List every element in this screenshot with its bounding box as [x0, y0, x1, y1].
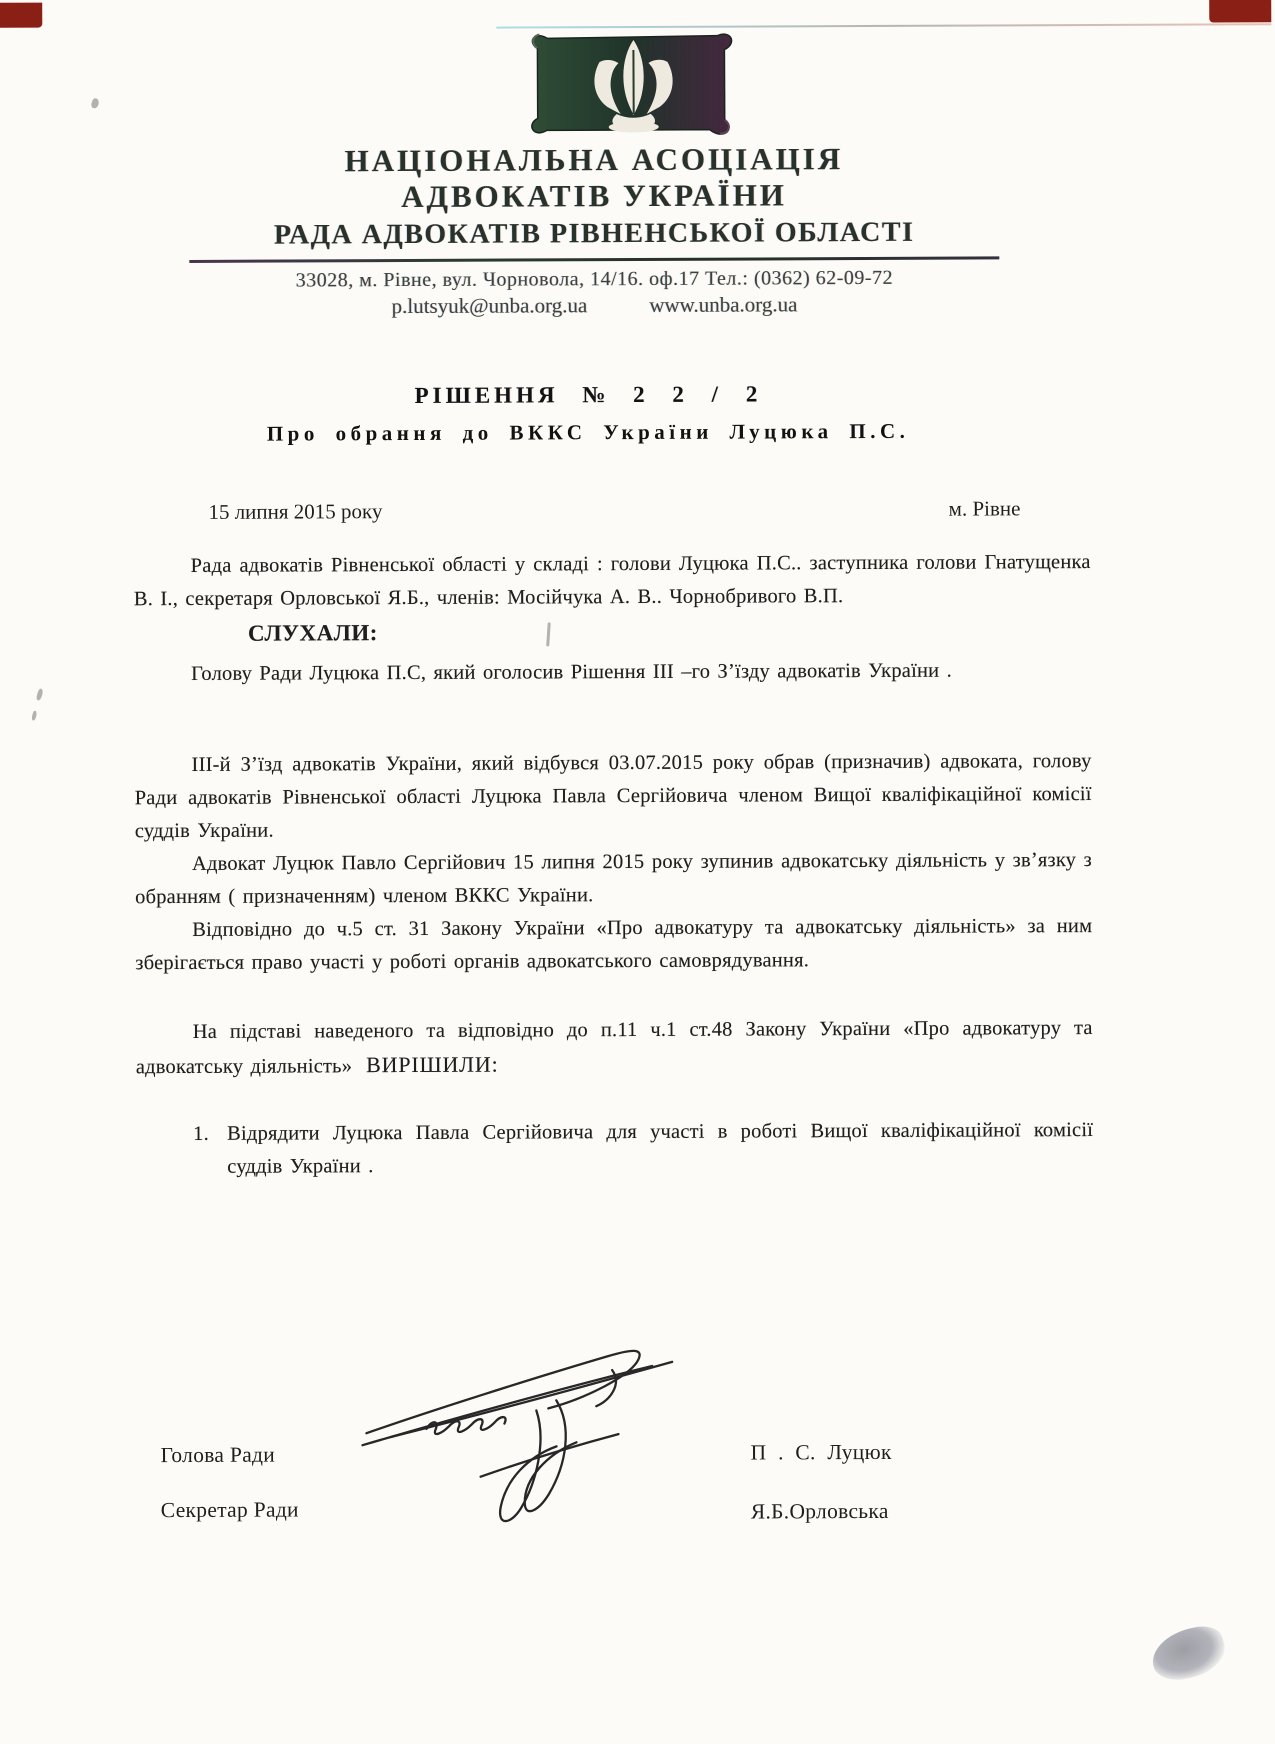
basis-text: На підставі наведеного та відповідно до …: [136, 1017, 1093, 1078]
scan-artifact-speck: [90, 97, 100, 109]
scan-artifact-speck: [31, 710, 37, 721]
document-body: Рада адвокатів Рівненської області у скл…: [134, 546, 1094, 1184]
handwritten-signature: [360, 1336, 701, 1572]
decision-title: РІШЕННЯ № 2 2 / 2: [0, 380, 1178, 411]
date-row: 15 липня 2015 року м. Рівне: [133, 496, 1020, 525]
paragraph-law: Відповідно до ч.5 ст. 31 Закону України …: [135, 910, 1092, 980]
scan-artifact-corner-right: [1209, 0, 1271, 22]
contact-row: p.lutsyuk@unba.org.ua www.unba.org.ua: [189, 291, 999, 320]
address-line: 33028, м. Рівне, вул. Чорновола, 14/16. …: [189, 264, 999, 294]
org-logo: [513, 25, 753, 140]
paragraph-composition: Рада адвокатів Рівненської області у скл…: [134, 546, 1091, 616]
quill-trident-logo-icon: [513, 25, 753, 140]
place-text: м. Рівне: [949, 496, 1021, 521]
org-name-line-2: АДВОКАТІВ УКРАЇНИ: [189, 176, 999, 216]
secretary-label: Секретар Ради: [161, 1497, 299, 1523]
scan-artifact-speck: [36, 688, 44, 701]
heard-heading: СЛУХАЛИ:: [134, 612, 1091, 652]
paragraph-congress: ІІІ-й З’їзд адвокатів України, який відб…: [134, 745, 1091, 848]
scan-artifact-corner-left: [0, 3, 42, 28]
item-text: Відрядити Луцюка Павла Сергійовича для у…: [227, 1114, 1093, 1184]
item-number: 1.: [193, 1118, 227, 1184]
chairman-label: Голова Ради: [160, 1443, 275, 1468]
date-text: 15 липня 2015 року: [133, 499, 382, 525]
resolution-item: 1. Відрядити Луцюка Павла Сергійовича дл…: [136, 1114, 1093, 1184]
letterhead: НАЦІОНАЛЬНА АСОЦІАЦІЯ АДВОКАТІВ УКРАЇНИ …: [189, 140, 1000, 320]
paragraph-suspension: Адвокат Луцюк Павло Сергійович 15 липня …: [135, 844, 1092, 914]
decision-subject: Про обрання до ВККС України Луцюка П.С.: [0, 418, 1178, 448]
title-block: РІШЕННЯ № 2 2 / 2 Про обрання до ВККС Ук…: [0, 380, 1178, 448]
org-name-line-1: НАЦІОНАЛЬНА АСОЦІАЦІЯ: [189, 140, 999, 180]
paragraph-heard: Голову Ради Луцюка П.С, який оголосив Рі…: [134, 654, 1091, 691]
resolved-heading: ВИРІШИЛИ:: [366, 1052, 498, 1078]
paragraph-basis: На підставі наведеного та відповідно до …: [136, 1012, 1093, 1084]
ink-smudge: [1147, 1621, 1231, 1686]
document: НАЦІОНАЛЬНА АСОЦІАЦІЯ АДВОКАТІВ УКРАЇНИ …: [0, 0, 1275, 1744]
secretary-name: Я.Б.Орловська: [751, 1499, 889, 1525]
chairman-name: П . С. Луцюк: [750, 1440, 891, 1466]
org-name-line-3: РАДА АДВОКАТІВ РІВНЕНСЬКОЇ ОБЛАСТІ: [189, 215, 999, 253]
scanned-page: НАЦІОНАЛЬНА АСОЦІАЦІЯ АДВОКАТІВ УКРАЇНИ …: [0, 0, 1275, 1744]
website-text: www.unba.org.ua: [649, 292, 797, 318]
header-divider: [189, 256, 999, 263]
email-text: p.lutsyuk@unba.org.ua: [392, 293, 588, 319]
